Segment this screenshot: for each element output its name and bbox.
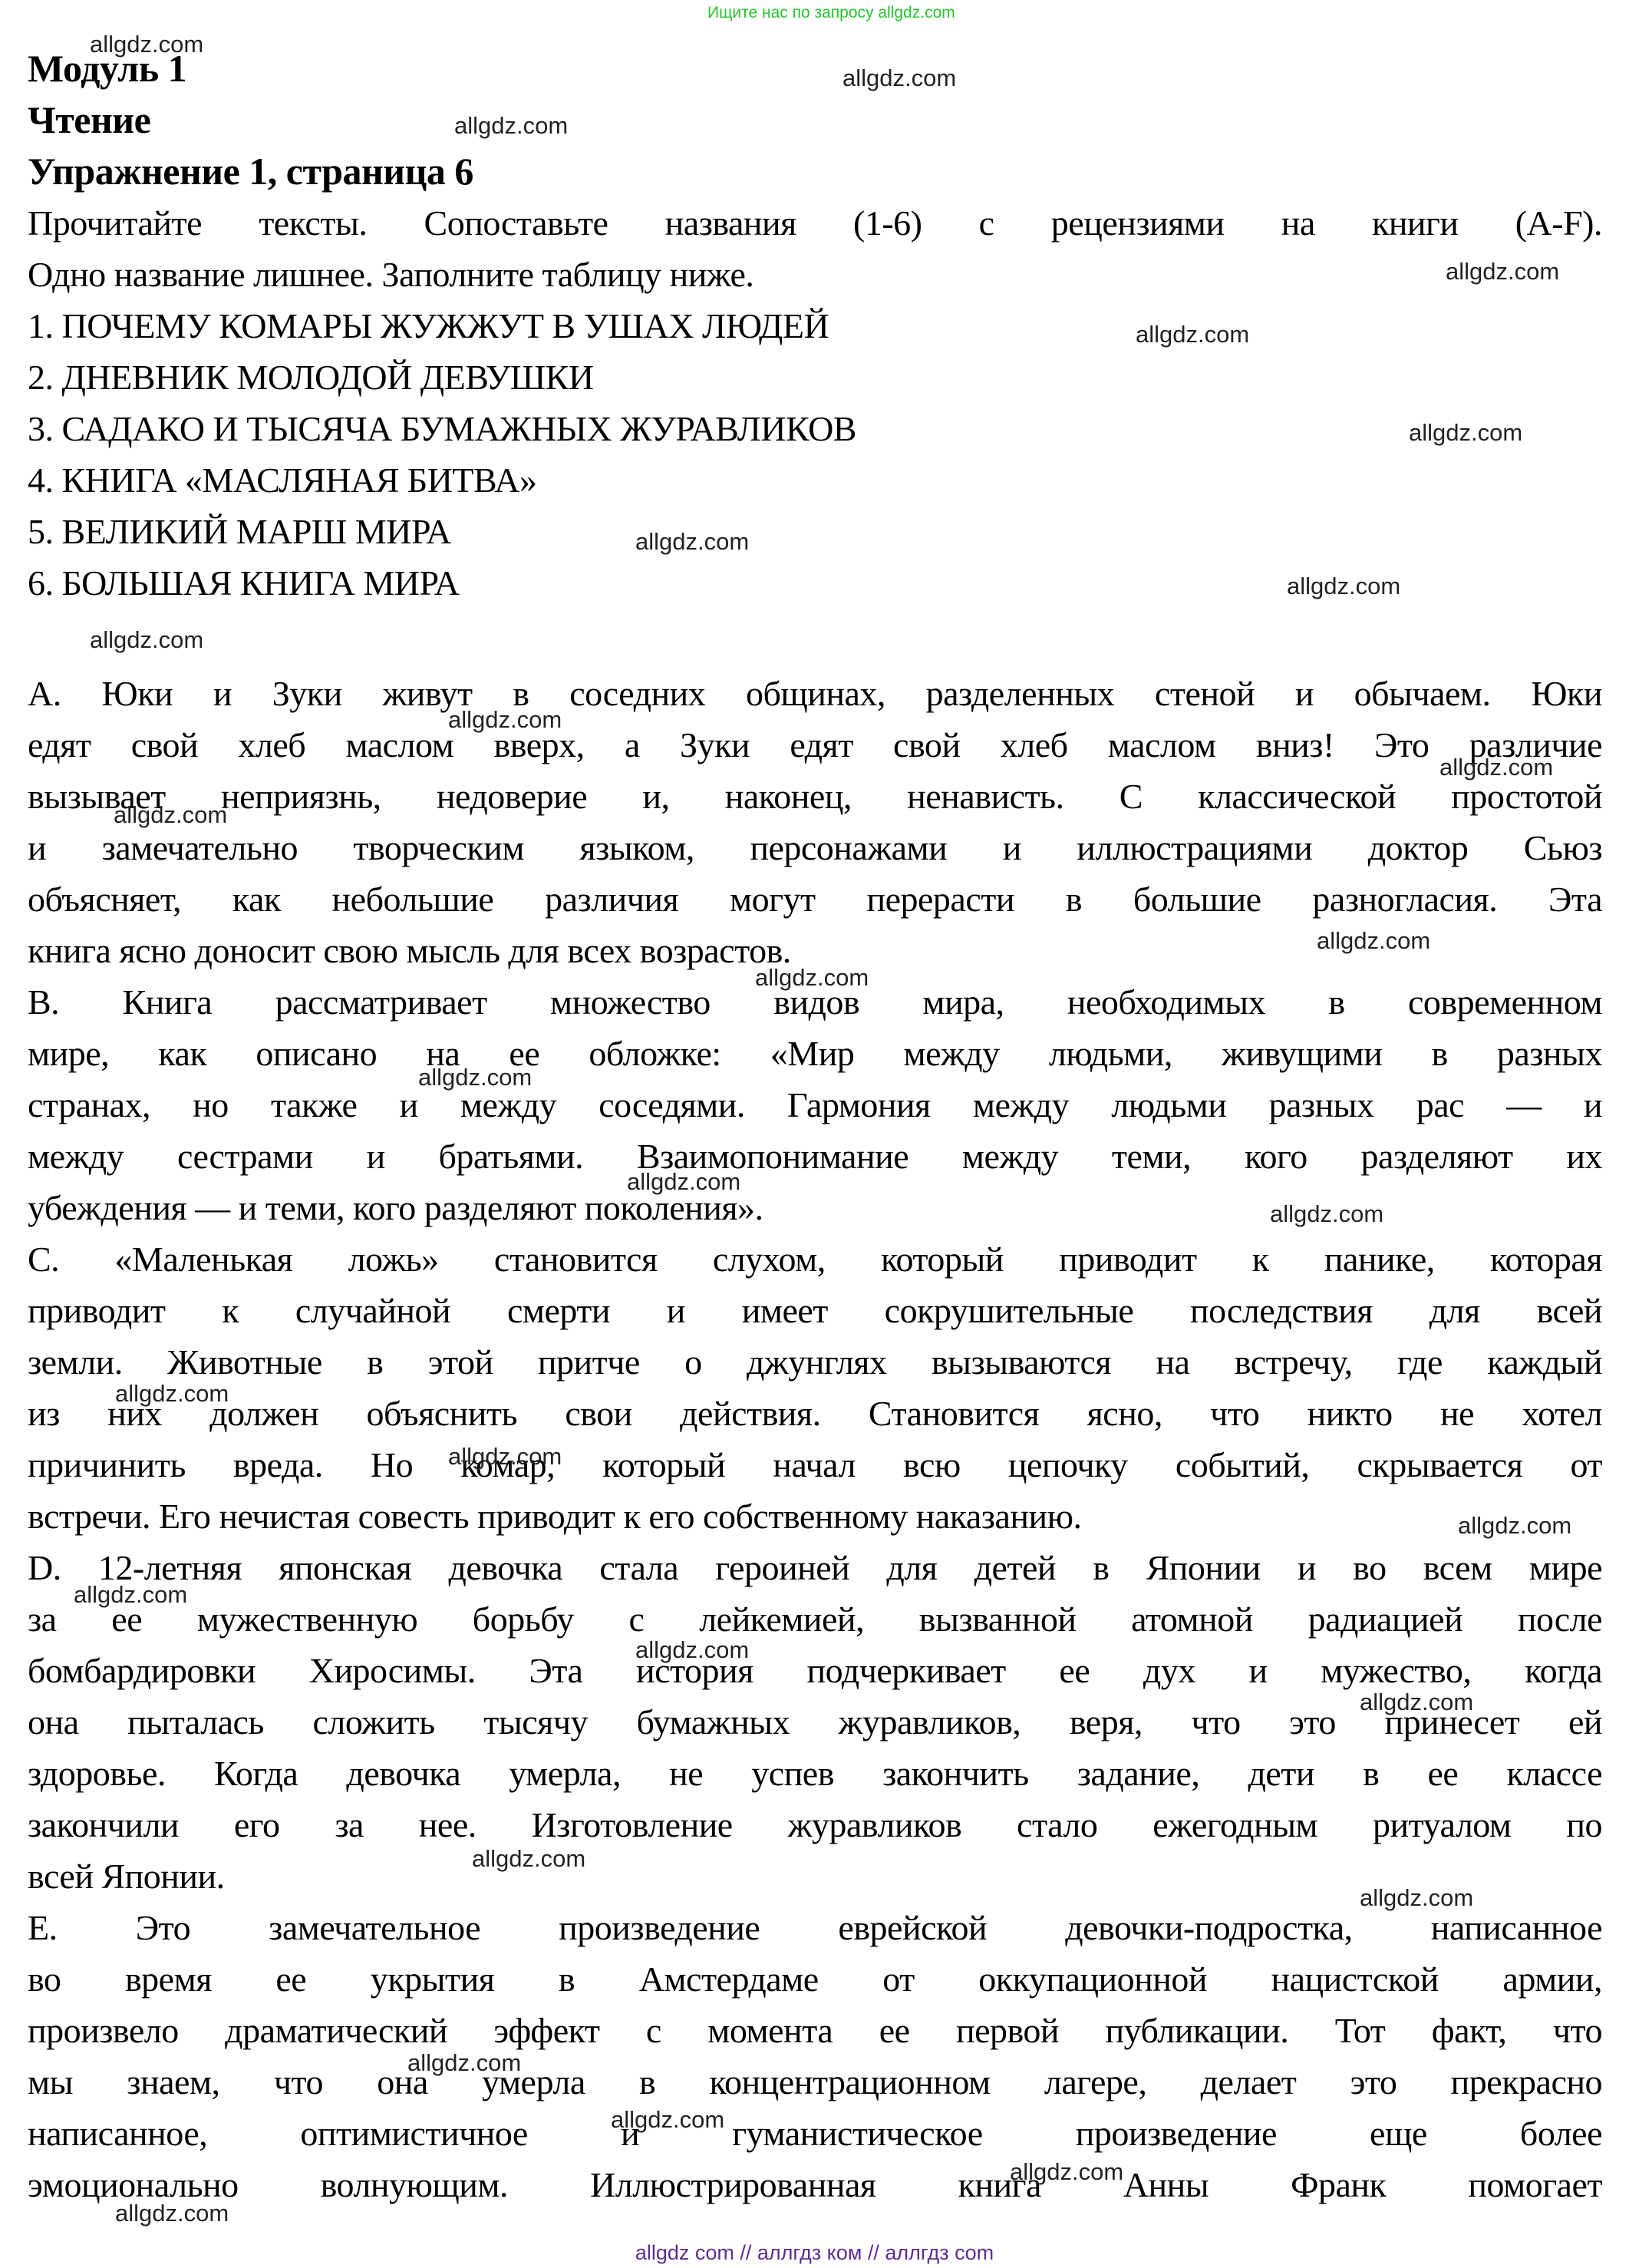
watermark: allgdz.com: [635, 528, 749, 556]
review-b-line: между сестрами и братьями. Взаимопониман…: [28, 1131, 1602, 1182]
watermark: allgdz.com: [418, 1064, 532, 1091]
review-c-line: из них должен объяснить свои действия. С…: [28, 1388, 1602, 1439]
book-title-4: 4. КНИГА «МАСЛЯНАЯ БИТВА»: [28, 454, 1602, 506]
watermark: allgdz.com: [1270, 1200, 1383, 1228]
document-page: Ищите нас по запросу allgdz.com Модуль 1…: [0, 0, 1629, 2268]
review-e-line: эмоционально волнующим. Иллюстрированная…: [28, 2159, 1602, 2210]
footer-sites: allgdz com // аллгдз ком // аллгдз com: [0, 2241, 1629, 2265]
exercise-title: Упражнение 1, страница 6: [28, 146, 1602, 197]
watermark: allgdz.com: [1010, 2158, 1123, 2186]
book-title-2: 2. ДНЕВНИК МОЛОДОЙ ДЕВУШКИ: [28, 352, 1602, 403]
review-a-line: и замечательно творческим языком, персон…: [28, 822, 1602, 873]
watermark: allgdz.com: [1317, 927, 1430, 955]
review-e-line: написанное, оптимистичное и гуманистичес…: [28, 2108, 1602, 2159]
review-a-line: вызывает неприязнь, недоверие и, наконец…: [28, 771, 1602, 822]
watermark: allgdz.com: [407, 2049, 521, 2077]
watermark: allgdz.com: [1360, 1884, 1473, 1912]
watermark: allgdz.com: [611, 2106, 724, 2134]
watermark: allgdz.com: [1360, 1689, 1473, 1716]
spacer: [28, 609, 1602, 668]
watermark: allgdz.com: [448, 706, 562, 734]
watermark: allgdz.com: [1136, 321, 1249, 348]
book-title-3: 3. САДАКО И ТЫСЯЧА БУМАЖНЫХ ЖУРАВЛИКОВ: [28, 403, 1602, 454]
review-d-line: здоровье. Когда девочка умерла, не успев…: [28, 1748, 1602, 1799]
review-c-line: встречи. Его нечистая совесть приводит к…: [28, 1491, 1602, 1542]
watermark: allgdz.com: [843, 64, 956, 92]
review-c-line: приводит к случайной смерти и имеет сокр…: [28, 1285, 1602, 1336]
watermark: allgdz.com: [115, 1380, 229, 1408]
watermark: allgdz.com: [74, 1581, 187, 1609]
watermark: allgdz.com: [115, 2200, 229, 2227]
review-a-line: объясняет, как небольшие различия могут …: [28, 873, 1602, 925]
watermark: allgdz.com: [114, 801, 227, 829]
review-c-line: земли. Животные в этой притче о джунглях…: [28, 1336, 1602, 1388]
review-b-line: странах, но также и между соседями. Гарм…: [28, 1079, 1602, 1131]
watermark: allgdz.com: [627, 1168, 740, 1196]
watermark: allgdz.com: [1409, 419, 1522, 447]
review-e-line: произвело драматический эффект с момента…: [28, 2005, 1602, 2056]
watermark: allgdz.com: [90, 31, 203, 58]
promo-banner: Ищите нас по запросу allgdz.com: [707, 4, 955, 22]
review-d-line: D. 12-летняя японская девочка стала геро…: [28, 1542, 1602, 1593]
review-e-line: мы знаем, что она умерла в концентрацион…: [28, 2056, 1602, 2108]
watermark: allgdz.com: [1287, 573, 1400, 600]
watermark: allgdz.com: [1439, 754, 1553, 781]
watermark: allgdz.com: [1458, 1512, 1571, 1540]
book-title-1: 1. ПОЧЕМУ КОМАРЫ ЖУЖЖУТ В УШАХ ЛЮДЕЙ: [28, 300, 1602, 352]
instruction-line: Прочитайте тексты. Сопоставьте названия …: [28, 197, 1602, 249]
watermark: allgdz.com: [90, 626, 203, 654]
book-title-5: 5. ВЕЛИКИЙ МАРШ МИРА: [28, 506, 1602, 557]
review-d-line: закончили его за нее. Изготовление журав…: [28, 1799, 1602, 1850]
review-d-line: за ее мужественную борьбу с лейкемией, в…: [28, 1593, 1602, 1645]
watermark: allgdz.com: [454, 112, 568, 140]
review-b-line: мире, как описано на ее обложке: «Мир ме…: [28, 1028, 1602, 1079]
review-c-line: C. «Маленькая ложь» становится слухом, к…: [28, 1233, 1602, 1285]
watermark: allgdz.com: [472, 1845, 585, 1873]
watermark: allgdz.com: [635, 1636, 749, 1664]
watermark: allgdz.com: [755, 964, 869, 992]
review-a-line: едят свой хлеб маслом вверх, а Зуки едят…: [28, 719, 1602, 771]
section-title: Чтение: [28, 94, 1602, 146]
review-c-line: причинить вреда. Но комар, который начал…: [28, 1439, 1602, 1491]
review-e-line: во время ее укрытия в Амстердаме от окку…: [28, 1953, 1602, 2005]
module-title: Модуль 1: [28, 43, 1602, 94]
instruction-line: Одно название лишнее. Заполните таблицу …: [28, 249, 1602, 300]
review-a-line: A. Юки и Зуки живут в соседних общинах, …: [28, 668, 1602, 719]
watermark: allgdz.com: [448, 1443, 562, 1471]
watermark: allgdz.com: [1446, 258, 1559, 286]
